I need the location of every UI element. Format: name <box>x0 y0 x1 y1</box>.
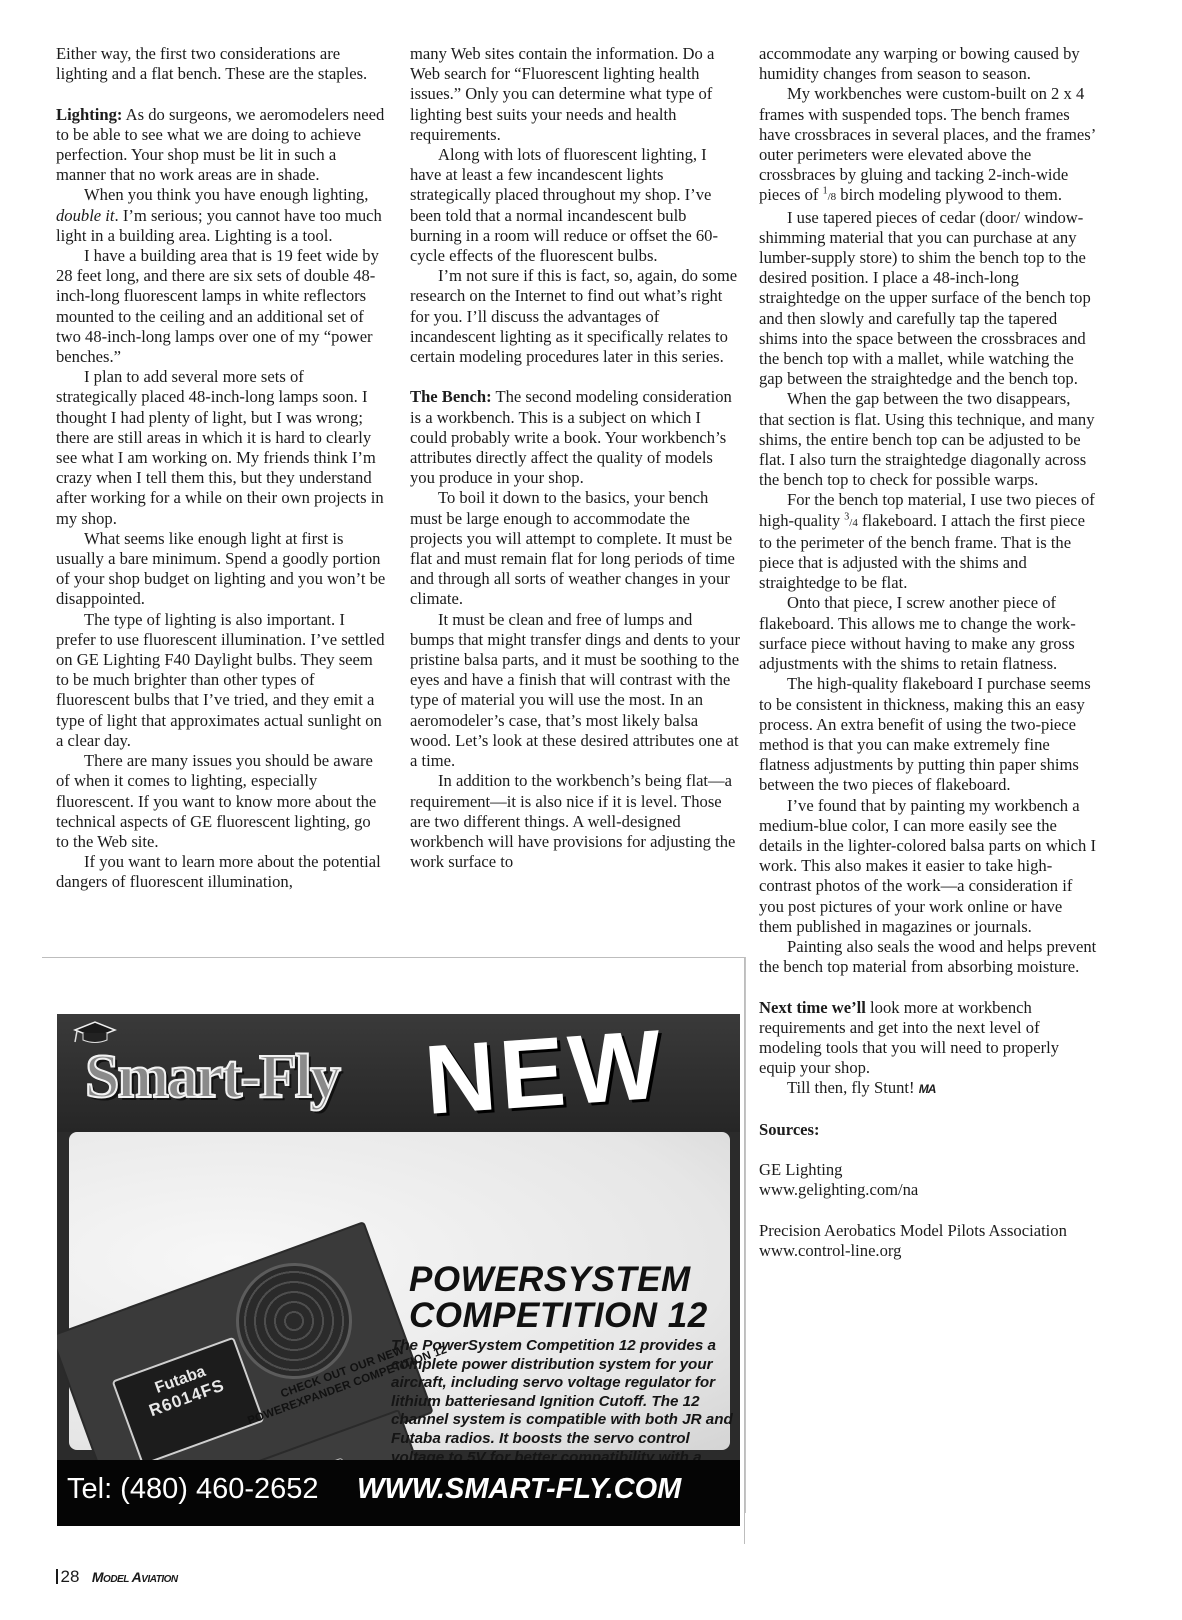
website-link[interactable]: WWW.SMART-FLY.COM <box>357 1473 681 1506</box>
article-column-2: many Web sites contain the information. … <box>410 44 740 872</box>
paragraph: It must be clean and free of lumps and b… <box>410 610 740 772</box>
paragraph: In addition to the workbench’s being fla… <box>410 771 740 872</box>
emphasis: double it <box>56 206 115 225</box>
column-rule <box>745 957 746 1513</box>
paragraph: I plan to add several more sets of strat… <box>56 367 386 529</box>
source-url[interactable]: www.gelighting.com/na <box>759 1180 1099 1200</box>
product-title: POWERSYSTEM COMPETITION 12 <box>409 1262 708 1334</box>
graduation-cap-icon <box>71 1020 117 1044</box>
ad-product-panel: Futaba R6014FS Futaba CHECK OUT OUR NEW … <box>69 1132 730 1450</box>
advertisement-smart-fly[interactable]: Smart-Fly NEW Futaba R6014FS Futaba CHEC… <box>57 1014 740 1526</box>
sources-heading: Sources: <box>759 1120 1099 1140</box>
paragraph: There are many issues you should be awar… <box>56 751 386 852</box>
paragraph: The type of lighting is also important. … <box>56 610 386 751</box>
article-column-3: accommodate any warping or bowing caused… <box>759 44 1099 1261</box>
paragraph: I’m not sure if this is fact, so, again,… <box>410 266 740 367</box>
paragraph-bench: The Bench: The second modeling considera… <box>410 387 740 488</box>
paragraph: I use tapered pieces of cedar (door/ win… <box>759 208 1099 390</box>
paragraph: When the gap between the two disappears,… <box>759 389 1099 490</box>
paragraph-lighting: Lighting: As do surgeons, we aeromodeler… <box>56 105 386 186</box>
paragraph: many Web sites contain the information. … <box>410 44 740 145</box>
paragraph: The high-quality flakeboard I purchase s… <box>759 674 1099 795</box>
paragraph: What seems like enough light at first is… <box>56 529 386 610</box>
new-badge: NEW <box>421 1014 669 1137</box>
ad-header: Smart-Fly NEW <box>57 1014 740 1132</box>
fraction-denominator: /8 <box>828 191 837 203</box>
paragraph: I’ve found that by painting my workbench… <box>759 796 1099 937</box>
magazine-name: Model Aviation <box>92 1569 178 1585</box>
page-footer: 28 Model Aviation <box>56 1567 178 1587</box>
ad-contact-bar: Tel: (480) 460-2652 WWW.SMART-FLY.COM <box>57 1460 740 1526</box>
paragraph: When you think you have enough lighting,… <box>56 185 386 246</box>
brand-logo: Smart-Fly <box>85 1042 339 1113</box>
section-heading-next-time: Next time we’ll <box>759 998 866 1017</box>
section-heading-bench: The Bench: <box>410 387 492 406</box>
paragraph: accommodate any warping or bowing caused… <box>759 44 1099 84</box>
paragraph-next-time: Next time we’ll look more at workbench r… <box>759 998 1099 1079</box>
paragraph: My workbenches were custom-built on 2 x … <box>759 84 1099 207</box>
paragraph: For the bench top material, I use two pi… <box>759 490 1099 593</box>
fraction-denominator: /4 <box>849 517 858 529</box>
paragraph: I have a building area that is 19 feet w… <box>56 246 386 367</box>
source-url[interactable]: www.control-line.org <box>759 1241 1099 1261</box>
article-column-1: Either way, the first two considerations… <box>56 44 386 893</box>
paragraph: If you want to learn more about the pote… <box>56 852 386 892</box>
paragraph: Painting also seals the wood and helps p… <box>759 937 1099 977</box>
paragraph: Along with lots of fluorescent lighting,… <box>410 145 740 266</box>
paragraph-signoff: Till then, fly Stunt! MA <box>759 1078 1099 1099</box>
source-name: Precision Aerobatics Model Pilots Associ… <box>759 1221 1099 1241</box>
paragraph: Onto that piece, I screw another piece o… <box>759 593 1099 674</box>
source-name: GE Lighting <box>759 1160 1099 1180</box>
end-mark-logo: MA <box>919 1082 936 1096</box>
page-number: 28 <box>56 1567 79 1586</box>
phone-number[interactable]: Tel: (480) 460-2652 <box>67 1473 319 1506</box>
section-heading-lighting: Lighting: <box>56 105 122 124</box>
paragraph: To boil it down to the basics, your benc… <box>410 488 740 609</box>
paragraph: Either way, the first two considerations… <box>56 44 386 84</box>
